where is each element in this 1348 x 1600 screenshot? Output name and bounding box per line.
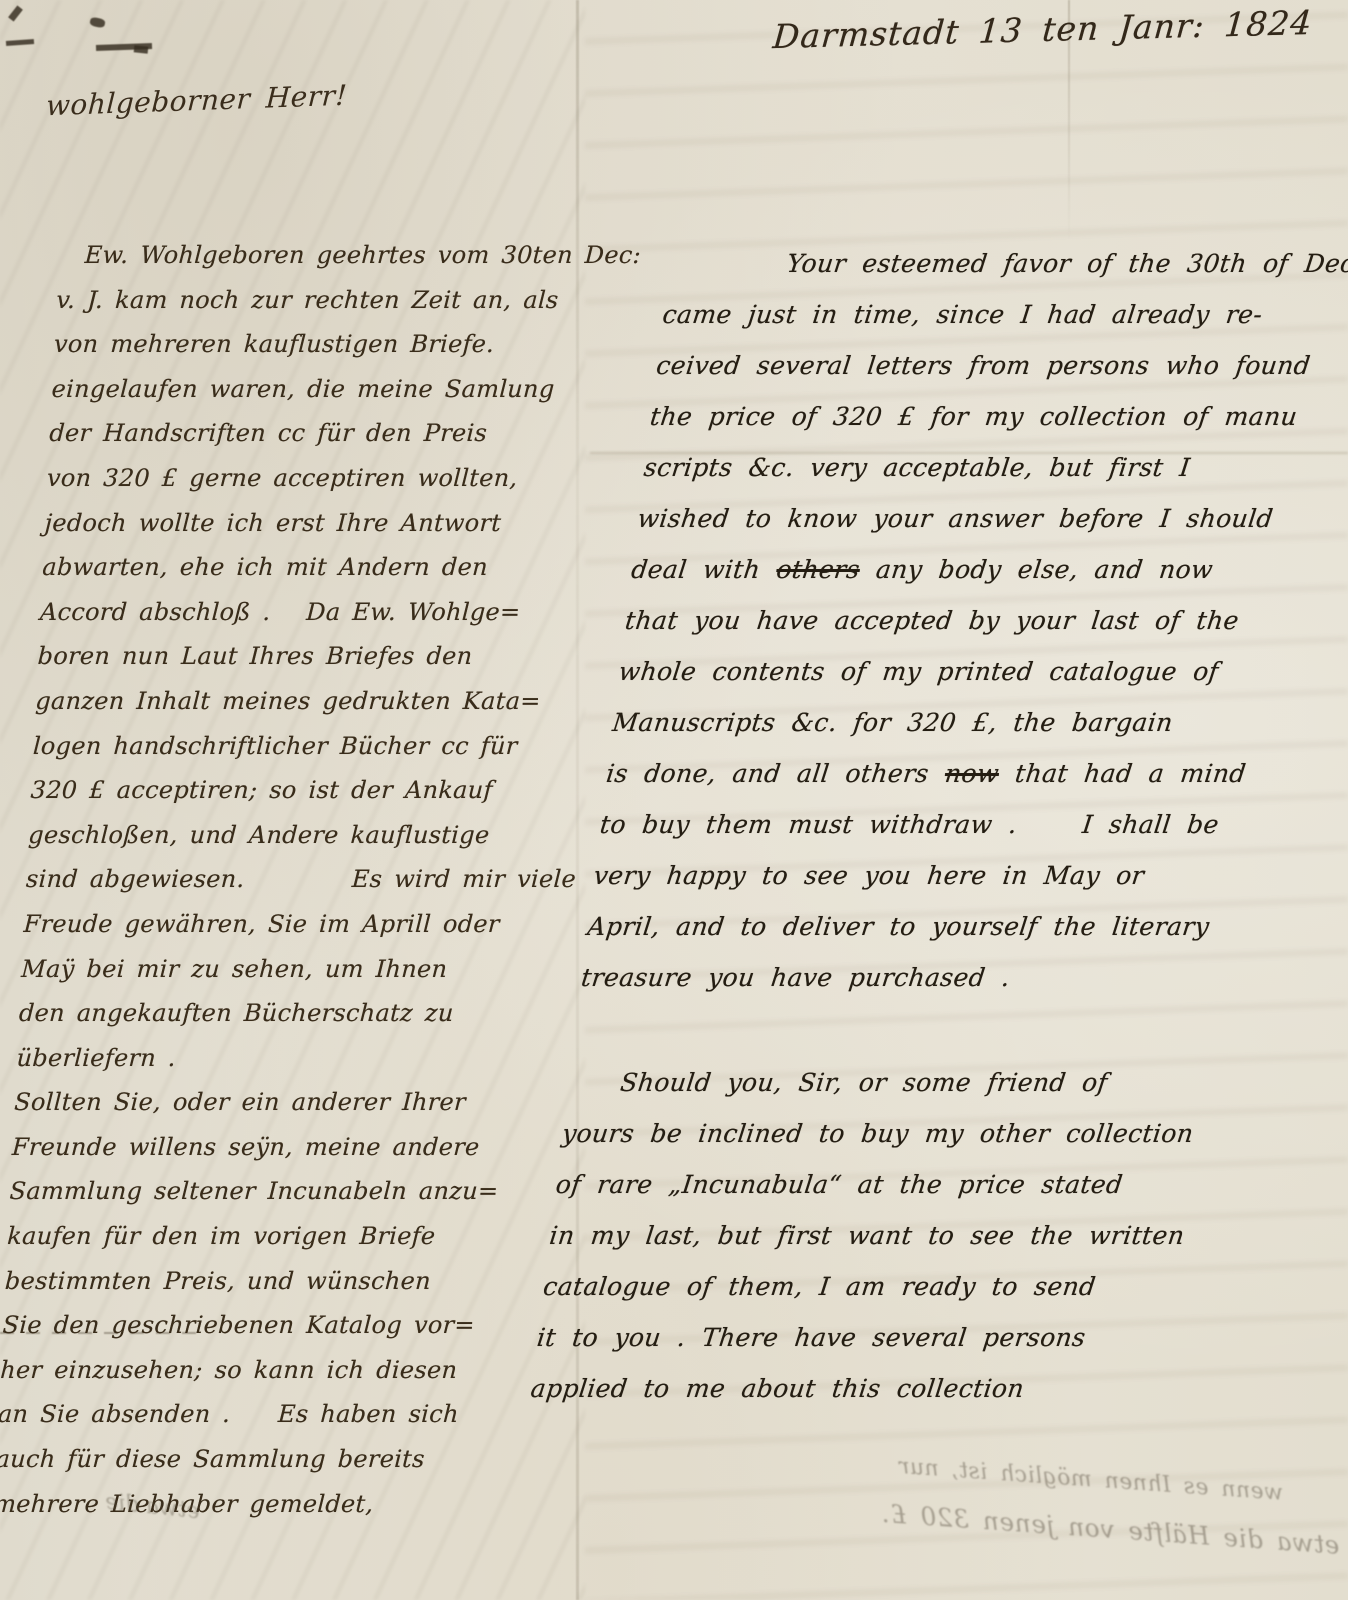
text-line: kaufen für den im vorigen Briefe [6,1214,560,1259]
text-line: very happy to see you here in May or [591,850,1345,901]
text-line: von 320 £ gerne acceptiren wollten, [46,456,600,501]
text-line: treasure you have purchased . [578,952,1332,1003]
text-line: logen handschriftlicher Bücher cc für [32,724,586,769]
text-line: bestimmten Preis, und wünschen [4,1259,558,1304]
text-line: deal with others any body else, and now [628,544,1348,595]
text-line: von mehreren kauflustigen Briefe. [53,322,607,367]
text-line: the price of 320 £ for my collection of … [647,391,1348,442]
text-line: Should you, Sir, or some friend of [565,1057,1319,1108]
text-line: whole contents of my printed catalogue o… [616,646,1348,697]
dateline: Darmstadt 13 ten Janr: 1824 [771,3,1313,56]
text-line: eingelaufen waren, die meine Samlung [51,367,605,412]
struck-word: others [775,555,862,584]
text-line: came just in time, since I had already r… [660,289,1348,340]
ink-smudge [6,39,34,46]
text-line: her einzusehen; so kann ich diesen [0,1348,553,1393]
text-line: scripts &c. very acceptable, but first I [641,442,1348,493]
german-column: Ew. Wohlgeboren geehrtes vom 30ten Dec:v… [0,233,612,1526]
bleedthrough-mirrored-text: wenn es Ihnen möglich ist, nuretwa die H… [596,1422,1345,1570]
text-line: überliefern . [15,1036,569,1081]
text-line: v. J. kam noch zur rechten Zeit an, als [55,278,609,323]
text-line: ceived several letters from persons who … [653,340,1348,391]
text-line: applied to me about this collection [528,1363,1282,1414]
text-line: is done, and all others now that had a m… [603,748,1348,799]
text-line: Sollten Sie, oder ein anderer Ihrer [13,1080,567,1125]
text-line: April, and to deliver to yourself the li… [585,901,1339,952]
text-line: 320 £ acceptiren; so ist der Ankauf [30,768,584,813]
text-line: an Sie absenden . Es haben sich [0,1392,551,1437]
text-line: wished to know your answer before I shou… [635,493,1348,544]
text-line: Maÿ bei mir zu sehen, um Ihnen [20,947,574,992]
english-column: Your esteemed favor of the 30th of Dec.c… [528,238,1348,1414]
text-line: sind abgewiesen. Es wird mir viele [25,857,579,902]
text-line: of rare „Incunabula“ at the price stated [553,1159,1307,1210]
text-line: Sammlung seltener Incunabeln anzu= [8,1169,562,1214]
text-line: der Handscriften cc für den Preis [48,411,602,456]
text-line: Accord abschloß . Da Ew. Wohlge= [39,590,593,635]
text-line: in my last, but first want to see the wr… [547,1210,1301,1261]
ink-smudge [89,17,106,29]
text-line: boren nun Laut Ihres Briefes den [37,634,591,679]
text-line: Ew. Wohlgeboren geehrtes vom 30ten Dec: [58,233,612,278]
text-line: yours be inclined to buy my other collec… [559,1108,1313,1159]
text-line: ganzen Inhalt meines gedrukten Kata= [34,679,588,724]
text-line: auch für diese Sammlung bereits [0,1437,549,1482]
text-line: jedoch wollte ich erst Ihre Antwort [44,501,598,546]
text-line: abwarten, ehe ich mit Andern den [41,545,595,590]
text-line: Freude gewähren, Sie im Aprill oder [22,902,576,947]
ink-smudge [8,5,23,21]
letter-page: Darmstadt 13 ten Janr: 1824 wohlgeborner… [0,0,1348,1600]
text-line: catalogue of them, I am ready to send [540,1261,1294,1312]
text-line: Manuscripts &c. for 320 £, the bargain [610,697,1348,748]
text-line: Freunde willens seÿn, meine andere [11,1125,565,1170]
salutation: wohlgeborner Herr! [45,79,348,123]
text-line: to buy them must withdraw . I shall be [597,799,1348,850]
text-line: it to you . There have several persons [534,1312,1288,1363]
english-paragraph-2: Should you, Sir, or some friend ofyours … [528,1057,1320,1414]
text-line: that you have accepted by your last of t… [622,595,1348,646]
struck-word: now [943,759,1000,788]
ink-smudge [134,45,149,53]
text-line: den angekauften Bücherschatz zu [18,991,572,1036]
text-line: geschloßen, und Andere kauflustige [27,813,581,858]
text-line: Sie den geschriebenen Katalog vor= [1,1303,555,1348]
english-paragraph-1: Your esteemed favor of the 30th of Dec.c… [578,238,1348,1003]
text-line: Your esteemed favor of the 30th of Dec. [666,238,1348,289]
